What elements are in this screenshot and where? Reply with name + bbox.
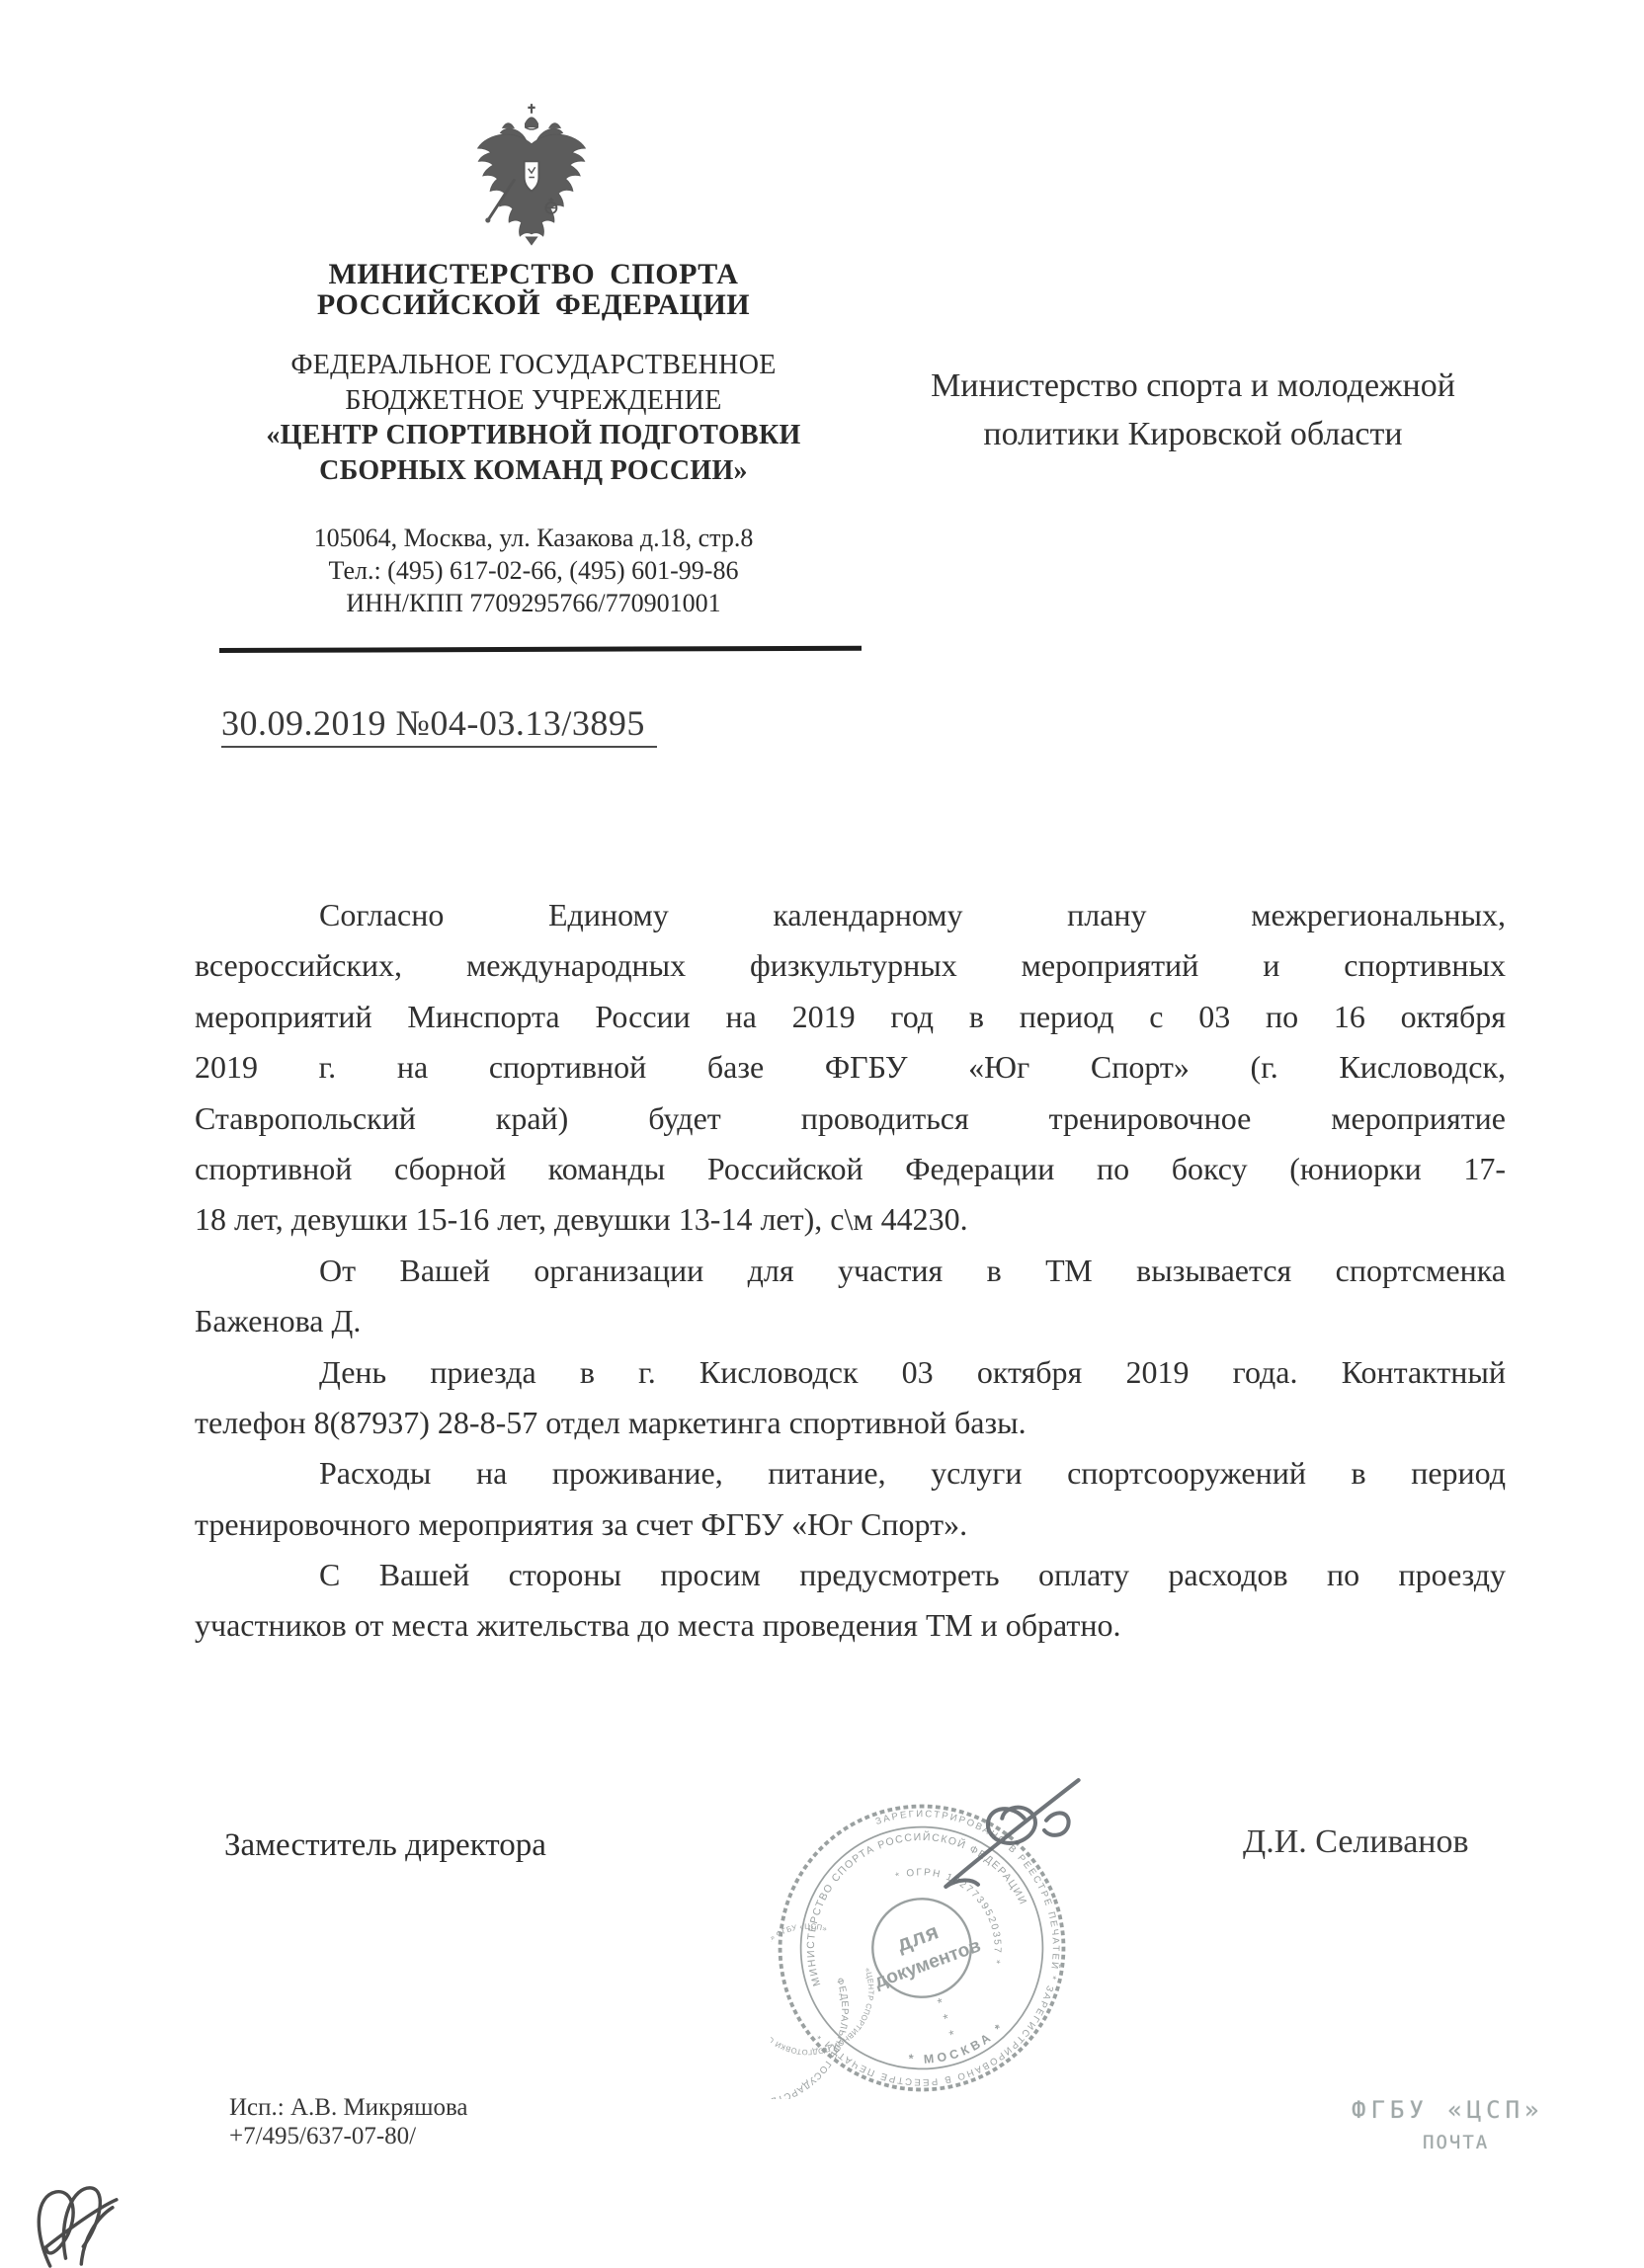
body-line: От Вашей организации для участия в ТМ вы…: [195, 1246, 1506, 1296]
stamp-star: *: [936, 1995, 945, 2011]
body-line: Ставропольский край) будет проводиться т…: [195, 1093, 1506, 1144]
body-line: День приезда в г. Кисловодск 03 октября …: [195, 1347, 1506, 1398]
letter-body: Согласно Единому календарному плану межр…: [195, 890, 1506, 1652]
signature-position-title: Заместитель директора: [224, 1827, 546, 1864]
body-line: спортивной сборной команды Российской Фе…: [195, 1144, 1506, 1194]
postmark-block: ФГБУ «ЦСП» ПОЧТА: [1352, 2096, 1569, 2153]
addressee-line2: политики Кировской области: [884, 410, 1502, 458]
coat-of-arms-icon: [457, 99, 606, 259]
org-address-line: 105064, Москва, ул. Казакова д.18, стр.8: [222, 522, 845, 554]
ministry-name-line2: РОССИЙСКОЙ ФЕДЕРАЦИИ: [222, 289, 845, 320]
postmark-org: ФГБУ «ЦСП»: [1352, 2096, 1569, 2124]
org-name-line: ФЕДЕРАЛЬНОЕ ГОСУДАРСТВЕННОЕ: [222, 348, 845, 383]
body-line: мероприятий Минспорта России на 2019 год…: [195, 992, 1506, 1042]
org-name-line: БЮДЖЕТНОЕ УЧРЕЖДЕНИЕ: [222, 383, 845, 419]
body-line: Баженова Д.: [195, 1296, 1506, 1346]
date-and-reference-number: 30.09.2019 №04-03.13/3895: [221, 703, 657, 748]
body-line: С Вашей стороны просим предусмотреть опл…: [195, 1550, 1506, 1600]
organization-name: ФЕДЕРАЛЬНОЕ ГОСУДАРСТВЕННОЕ БЮДЖЕТНОЕ УЧ…: [222, 348, 845, 488]
scanned-letter-page: МИНИСТЕРСТВО СПОРТА РОССИЙСКОЙ ФЕДЕРАЦИИ…: [0, 0, 1644, 2268]
org-phone-line: Тел.: (495) 617-02-66, (495) 601-99-86: [222, 554, 845, 587]
body-line: всероссийских, международных физкультурн…: [195, 940, 1506, 991]
body-line: телефон 8(87937) 28-8-57 отдел маркетинг…: [195, 1398, 1506, 1448]
body-line: 18 лет, девушки 15-16 лет, девушки 13-14…: [195, 1194, 1506, 1245]
body-line: 2019 г. на спортивной базе ФГБУ «Юг Спор…: [195, 1042, 1506, 1093]
organization-address: 105064, Москва, ул. Казакова д.18, стр.8…: [222, 522, 845, 619]
ministry-name-line1: МИНИСТЕРСТВО СПОРТА: [222, 259, 845, 289]
org-inn-kpp-line: ИНН/КПП 7709295766/770901001: [222, 587, 845, 619]
letterhead-divider: [219, 646, 862, 653]
body-line: участников от места жительства до места …: [195, 1600, 1506, 1651]
org-name-line: «ЦЕНТР СПОРТИВНОЙ ПОДГОТОВКИ: [222, 418, 845, 453]
handwritten-mark: [22, 2102, 190, 2268]
executor-phone: +7/495/637-07-80/: [229, 2122, 468, 2150]
ministry-name: МИНИСТЕРСТВО СПОРТА РОССИЙСКОЙ ФЕДЕРАЦИИ: [222, 259, 845, 320]
addressee-line1: Министерство спорта и молодежной: [884, 362, 1502, 410]
stamp-star: *: [947, 2027, 957, 2043]
body-line: Согласно Единому календарному плану межр…: [195, 890, 1506, 940]
postmark-label: ПОЧТА: [1423, 2132, 1569, 2153]
stamp-star: *: [942, 2011, 951, 2027]
signatory-name: Д.И. Селиванов: [1243, 1823, 1469, 1861]
org-name-line: СБОРНЫХ КОМАНД РОССИИ»: [222, 453, 845, 489]
executor-name: Исп.: А.В. Микряшова: [229, 2093, 468, 2122]
handwritten-signature: [927, 1774, 1100, 1895]
body-line: тренировочного мероприятия за счет ФГБУ …: [195, 1499, 1506, 1550]
addressee-block: Министерство спорта и молодежной политик…: [884, 362, 1502, 458]
executor-block: Исп.: А.В. Микряшова +7/495/637-07-80/: [229, 2093, 468, 2150]
body-line: Расходы на проживание, питание, услуги с…: [195, 1448, 1506, 1498]
